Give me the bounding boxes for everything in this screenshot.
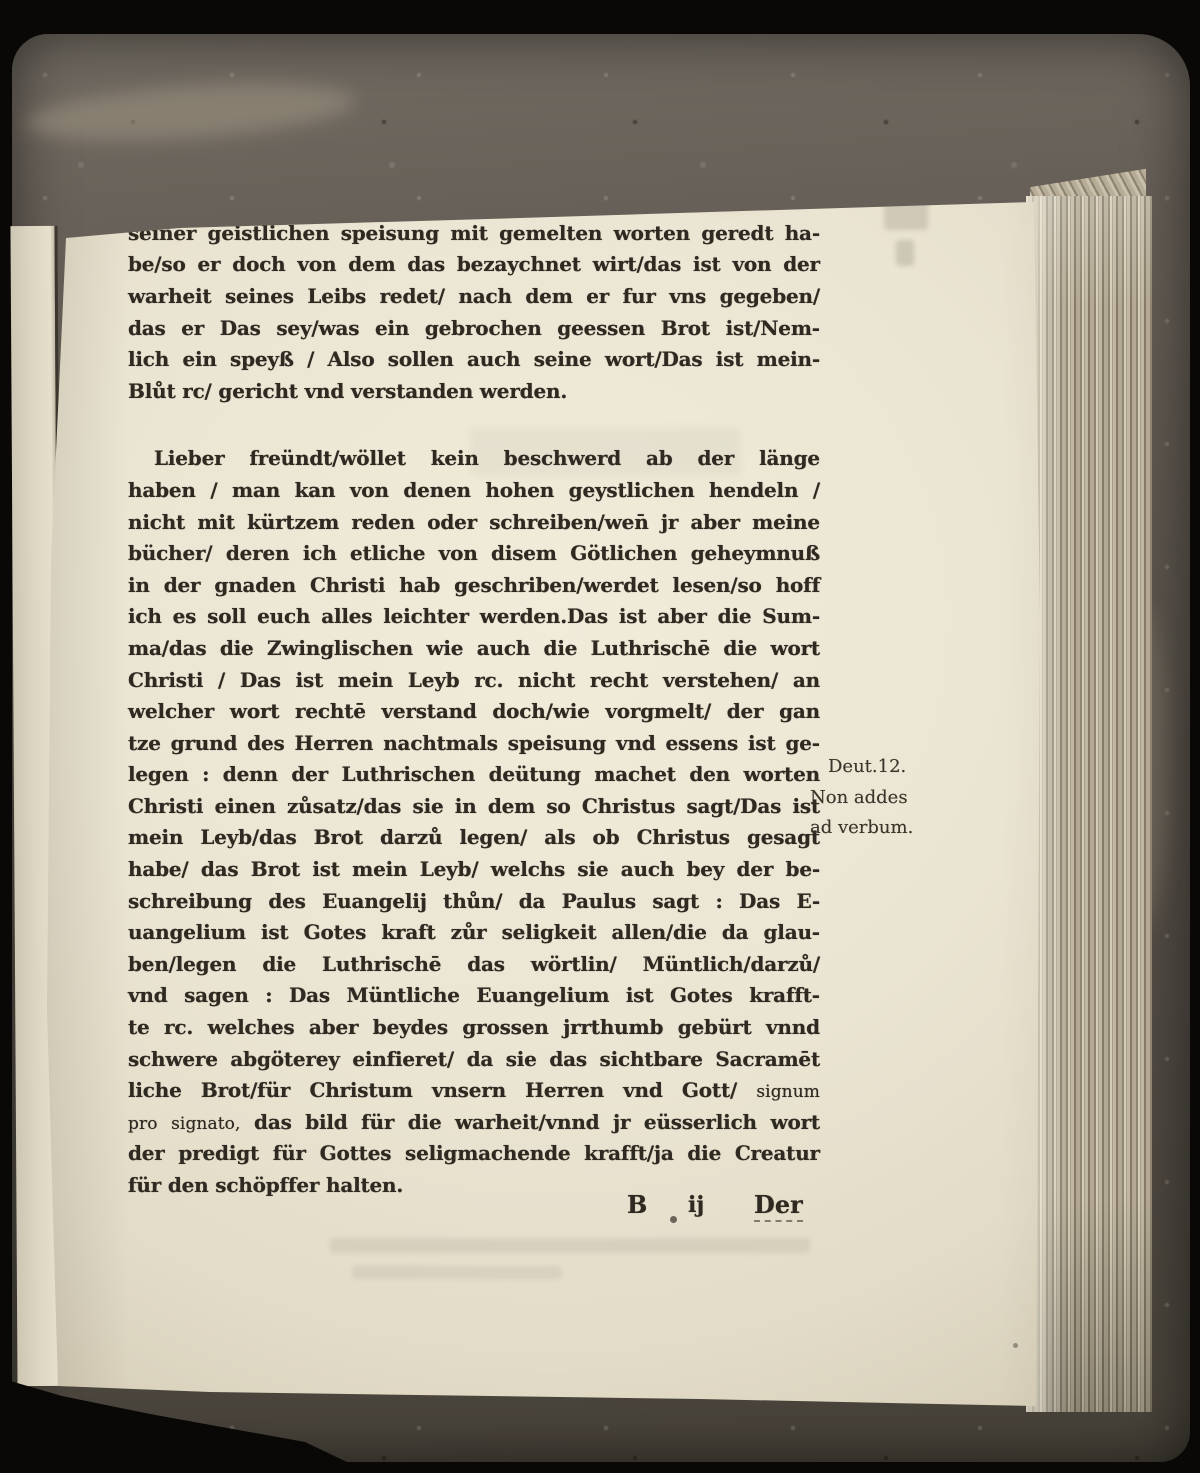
- paper-speck: [1013, 1343, 1018, 1348]
- text-line: Lieberfreündt/wölletkeinbeschwerdabderlä…: [128, 443, 820, 475]
- text-line: ichessolleuchallesleichterwerden.Dasista…: [128, 601, 820, 633]
- text-line: meinLeyb/dasBrotdarzůlegen/alsobChristus…: [128, 822, 820, 854]
- text-line: habe/dasBrotistmeinLeyb/welchssieauchbey…: [128, 854, 820, 886]
- text-line: legen:dennderLuthrischendeütungmachetden…: [128, 759, 820, 791]
- text-line: prosignato,dasbildfürdiewarheit/vnndjreü…: [128, 1107, 820, 1139]
- text-line: vndsagen:DasMüntlicheEuangeliumistGotesk…: [128, 980, 820, 1012]
- text-line: ma/dasdieZwinglischenwieauchdieLuthrisch…: [128, 633, 820, 665]
- show-through-smudge: [896, 240, 914, 266]
- marginal-note: Deut.12.Non addesad verbum.: [810, 752, 960, 844]
- paper-speck: [670, 1216, 677, 1223]
- text-line: welcherwortrechtēverstanddoch/wievorgmel…: [128, 696, 820, 728]
- text-line: licheBrot/fürChristumvnsernHerrenvndGott…: [128, 1075, 820, 1107]
- text-line: Christi/DasistmeinLeybrc.nichtrechtverst…: [128, 665, 820, 697]
- signature-numeral: ij: [688, 1192, 704, 1218]
- text-line: haben/mankanvondenenhohengeystlichenhend…: [128, 475, 820, 507]
- text-line: schwereabgötereyeinfieret/dasiedassichtb…: [128, 1044, 820, 1076]
- text-line: indergnadenChristihabgeschriben/werdetle…: [128, 570, 820, 602]
- text-line: uangeliumistGoteskraftzůrseligkeitallen/…: [128, 917, 820, 949]
- marginal-note-line: ad verbum.: [810, 813, 960, 844]
- text-line: licheinspeyß/Alsosollenauchseinewort/Das…: [128, 344, 820, 376]
- text-block: wieOecolampadius/dasisteinfigurmeinsleib…: [128, 123, 820, 1202]
- text-line: für den schöpffer halten.: [128, 1170, 820, 1202]
- text-line: derpredigtfürGottesseligmachendekrafft/j…: [128, 1138, 820, 1170]
- text-line: schreibungdesEuangelijthůn/daPaulussagt:…: [128, 886, 820, 918]
- page-stack-fore-edge: [1026, 196, 1152, 1412]
- text-line: Blůt rc/ gericht vnd verstanden werden.: [128, 376, 820, 408]
- text-line: terc.welchesaberbeydesgrossenjrrthumbgeb…: [128, 1012, 820, 1044]
- marginal-note-line: Non addes: [810, 783, 960, 814]
- text-line: tzegrunddesHerrennachtmalsspeisungvndess…: [128, 728, 820, 760]
- text-line: Christieinenzůsatz/dassieindemsoChristus…: [128, 791, 820, 823]
- show-through-smudge: [330, 1238, 810, 1253]
- text-line: ben/legendieLuthrischēdaswörtlin/Müntlic…: [128, 949, 820, 981]
- text-line: warheitseinesLeibsredet/nachdemerfurvnsg…: [128, 281, 820, 313]
- text-line: bücher/derenichetlichevondisemGötlicheng…: [128, 538, 820, 570]
- book-photograph: wieOecolampadius/dasisteinfigurmeinsleib…: [0, 0, 1200, 1473]
- catchword: Der: [754, 1190, 803, 1222]
- signature-mark: B: [627, 1190, 647, 1219]
- paragraph: Lieberfreündt/wölletkeinbeschwerdabderlä…: [128, 443, 820, 1201]
- show-through-smudge: [352, 1266, 562, 1279]
- text-line: daserDassey/waseingebrochengeessenBrotis…: [128, 313, 820, 345]
- marginal-note-line: Deut.12.: [810, 752, 960, 783]
- text-line: nichtmitkürtzemredenoderschreiben/wen̄jr…: [128, 507, 820, 539]
- text-line: be/soerdochvondemdasbezaychnetwirt/dasis…: [128, 249, 820, 281]
